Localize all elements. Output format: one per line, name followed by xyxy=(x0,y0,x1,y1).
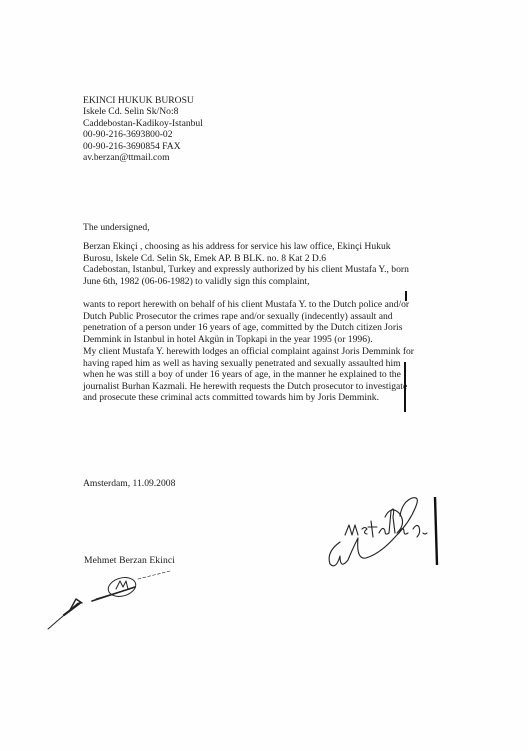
client-signature xyxy=(315,487,445,577)
text-line: June 6th, 1982 (06-06-1982) to validly s… xyxy=(83,276,463,288)
place-and-date: Amsterdam, 11.09.2008 xyxy=(83,478,175,489)
text-line: My client Mustafa Y. herewith lodges an … xyxy=(83,346,463,358)
document-page: EKINCI HUKUK BUROSU Iskele Cd. Selin Sk/… xyxy=(0,0,528,751)
phone-number: 00-90-216-3693800-02 xyxy=(83,129,203,140)
text-line: Dutch Public Prosecutor the crimes rape … xyxy=(83,311,463,323)
paragraph-complaint: My client Mustafa Y. herewith lodges an … xyxy=(83,346,463,404)
lawyer-signature xyxy=(40,565,200,630)
salutation: The undersigned, xyxy=(83,222,150,233)
text-line: Demmink in Istanbul in hotel Akgün in To… xyxy=(83,334,463,346)
pen-mark xyxy=(405,291,407,301)
text-line: penetration of a person under 16 years o… xyxy=(83,322,463,334)
text-line: and prosecute these criminal acts commit… xyxy=(83,392,463,404)
pen-mark xyxy=(404,362,406,412)
letterhead: EKINCI HUKUK BUROSU Iskele Cd. Selin Sk/… xyxy=(83,95,203,163)
text-line: journalist Burhan Kazmali. He herewith r… xyxy=(83,381,463,393)
text-line: Cadebostan, Istanbul, Turkey and express… xyxy=(83,264,463,276)
address-line-2: Caddebostan-Kadikoy-Istanbul xyxy=(83,118,203,129)
text-line: Burosu, Iskele Cd. Selin Sk, Emek AP. B … xyxy=(83,253,463,265)
fax-number: 00-90-216-3690854 FAX xyxy=(83,141,203,152)
text-line: when he was still a boy of under 16 year… xyxy=(83,369,463,381)
firm-name: EKINCI HUKUK BUROSU xyxy=(83,95,203,106)
text-line: Berzan Ekinçi , choosing as his address … xyxy=(83,241,463,253)
paragraph-report: wants to report herewith on behalf of hi… xyxy=(83,299,463,345)
paragraph-authorization: Berzan Ekinçi , choosing as his address … xyxy=(83,241,463,287)
text-line: having raped him as well as having sexua… xyxy=(83,358,463,370)
address-line-1: Iskele Cd. Selin Sk/No:8 xyxy=(83,106,203,117)
email-address: av.berzan@ttmail.com xyxy=(83,152,203,163)
